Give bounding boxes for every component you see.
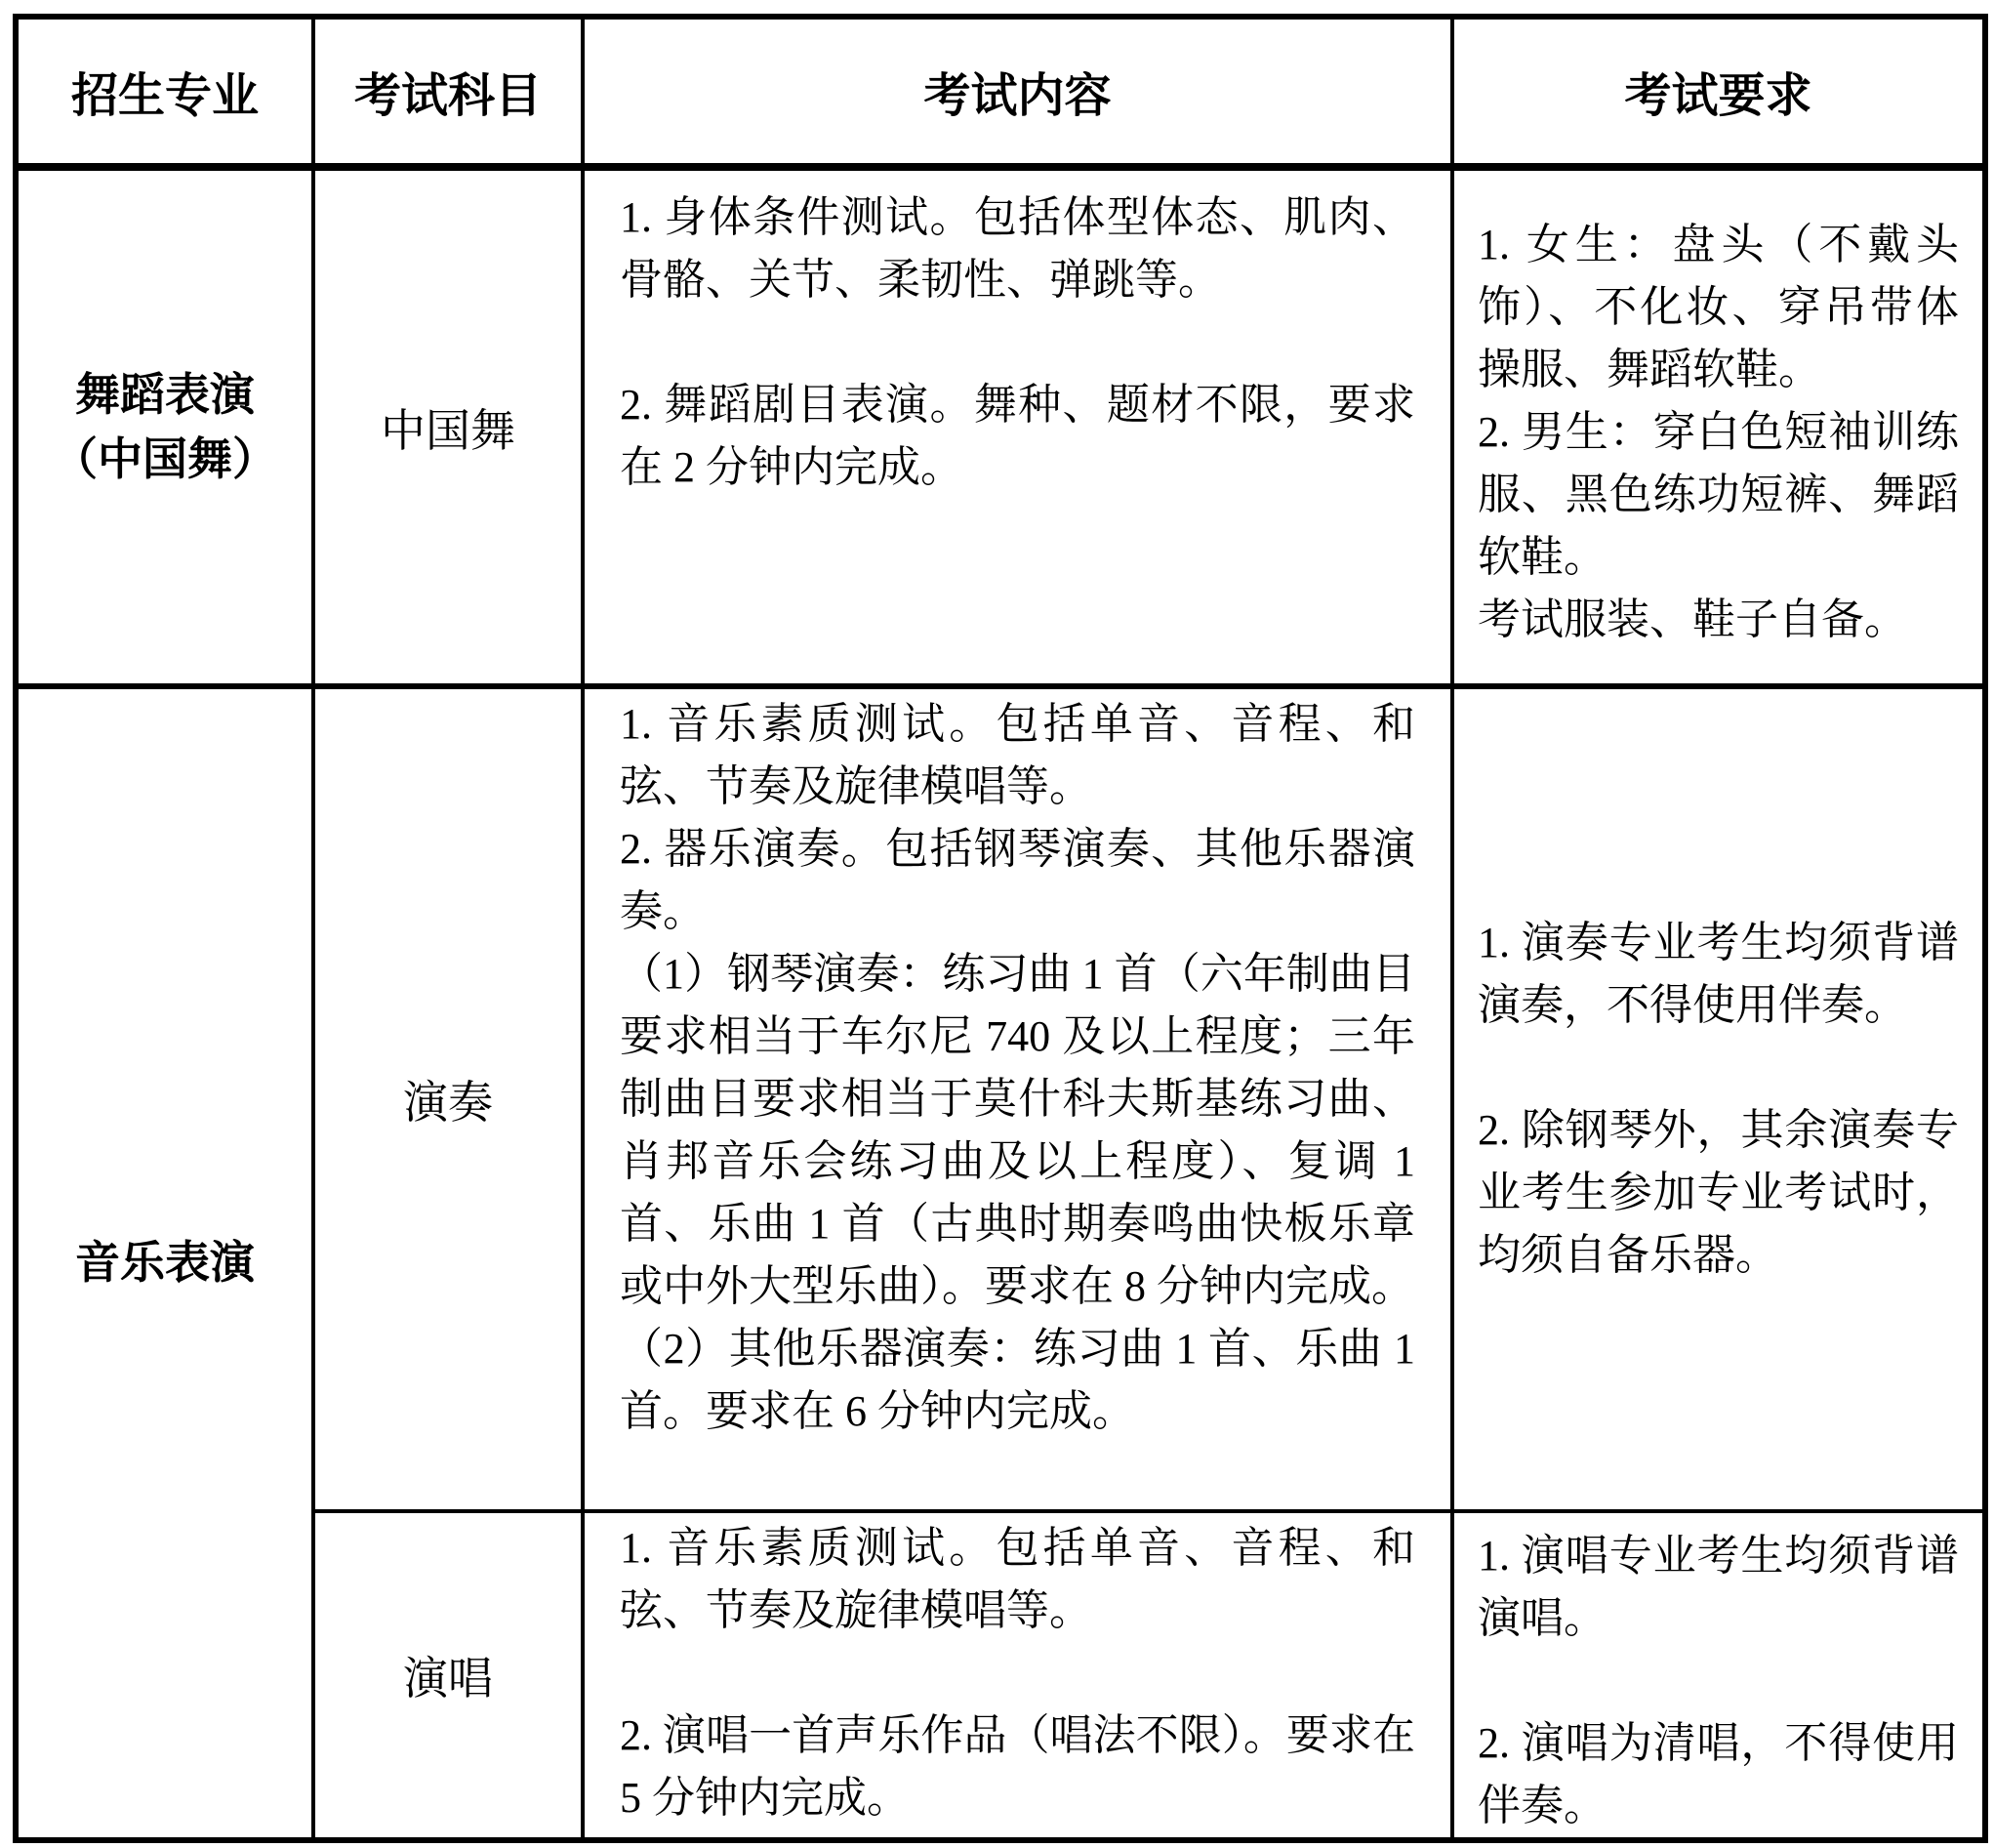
paragraph: 1. 音乐素质测试。包括单音、音程、和弦、节奏及旋律模唱等。 (620, 693, 1415, 818)
paragraph: 2. 演唱为清唱，不得使用伴奏。 (1478, 1712, 1959, 1837)
paragraph-blank (620, 1642, 1415, 1704)
cell-content-chinese-dance: 1. 身体条件测试。包括体型体态、肌肉、骨骼、关节、柔韧性、弹跳等。 2. 舞蹈… (583, 167, 1452, 686)
page: 招生专业 考试科目 考试内容 考试要求 舞蹈表演 （中国舞） 中国舞 1. 身体… (0, 0, 1994, 1848)
table-row-dance: 舞蹈表演 （中国舞） 中国舞 1. 身体条件测试。包括体型体态、肌肉、骨骼、关节… (16, 167, 1985, 686)
cell-subject-chinese-dance: 中国舞 (313, 167, 583, 686)
paragraph: （2）其他乐器演奏：练习曲 1 首、乐曲 1 首。要求在 6 分钟内完成。 (620, 1318, 1415, 1443)
header-requirements: 考试要求 (1452, 17, 1985, 167)
cell-major-music: 音乐表演 (16, 686, 313, 1840)
paragraph: 2. 器乐演奏。包括钢琴演奏、其他乐器演奏。 (620, 818, 1415, 943)
header-row: 招生专业 考试科目 考试内容 考试要求 (16, 17, 1985, 167)
paragraph: 1. 音乐素质测试。包括单音、音程、和弦、节奏及旋律模唱等。 (620, 1517, 1415, 1642)
header-subject: 考试科目 (313, 17, 583, 167)
paragraph: （1）钢琴演奏：练习曲 1 首（六年制曲目要求相当于车尔尼 740 及以上程度；… (620, 943, 1415, 1318)
header-content: 考试内容 (583, 17, 1452, 167)
table-row-instrumental: 音乐表演 演奏 1. 音乐素质测试。包括单音、音程、和弦、节奏及旋律模唱等。 2… (16, 686, 1985, 1511)
cell-subject-instrumental: 演奏 (313, 686, 583, 1511)
exam-requirements-table: 招生专业 考试科目 考试内容 考试要求 舞蹈表演 （中国舞） 中国舞 1. 身体… (13, 14, 1988, 1843)
cell-content-instrumental: 1. 音乐素质测试。包括单音、音程、和弦、节奏及旋律模唱等。 2. 器乐演奏。包… (583, 686, 1452, 1511)
paragraph: 1. 演唱专业考生均须背谱演唱。 (1478, 1525, 1959, 1650)
paragraph: 1. 演奏专业考生均须背谱演奏，不得使用伴奏。 (1478, 912, 1959, 1037)
paragraph: 1. 身体条件测试。包括体型体态、肌肉、骨骼、关节、柔韧性、弹跳等。 (620, 186, 1415, 311)
cell-requirements-chinese-dance: 1. 女生：盘头（不戴头饰）、不化妆、穿吊带体操服、舞蹈软鞋。 2. 男生：穿白… (1452, 167, 1985, 686)
paragraph: 1. 女生：盘头（不戴头饰）、不化妆、穿吊带体操服、舞蹈软鞋。 (1478, 214, 1959, 401)
paragraph-blank (1478, 1650, 1959, 1712)
paragraph: 2. 男生：穿白色短袖训练服、黑色练功短裤、舞蹈软鞋。 (1478, 401, 1959, 589)
cell-subject-vocal: 演唱 (313, 1511, 583, 1840)
paragraph: 2. 舞蹈剧目表演。舞种、题材不限，要求在 2 分钟内完成。 (620, 374, 1415, 499)
paragraph-blank (1478, 1037, 1959, 1099)
paragraph: 考试服装、鞋子自备。 (1478, 589, 1959, 651)
paragraph: 2. 除钢琴外，其余演奏专业考生参加专业考试时，均须自备乐器。 (1478, 1099, 1959, 1287)
header-major: 招生专业 (16, 17, 313, 167)
cell-content-vocal: 1. 音乐素质测试。包括单音、音程、和弦、节奏及旋律模唱等。 2. 演唱一首声乐… (583, 1511, 1452, 1840)
paragraph-blank (620, 311, 1415, 374)
paragraph: 2. 演唱一首声乐作品（唱法不限）。要求在 5 分钟内完成。 (620, 1704, 1415, 1829)
cell-requirements-instrumental: 1. 演奏专业考生均须背谱演奏，不得使用伴奏。 2. 除钢琴外，其余演奏专业考生… (1452, 686, 1985, 1511)
cell-major-dance: 舞蹈表演 （中国舞） (16, 167, 313, 686)
cell-requirements-vocal: 1. 演唱专业考生均须背谱演唱。 2. 演唱为清唱，不得使用伴奏。 (1452, 1511, 1985, 1840)
